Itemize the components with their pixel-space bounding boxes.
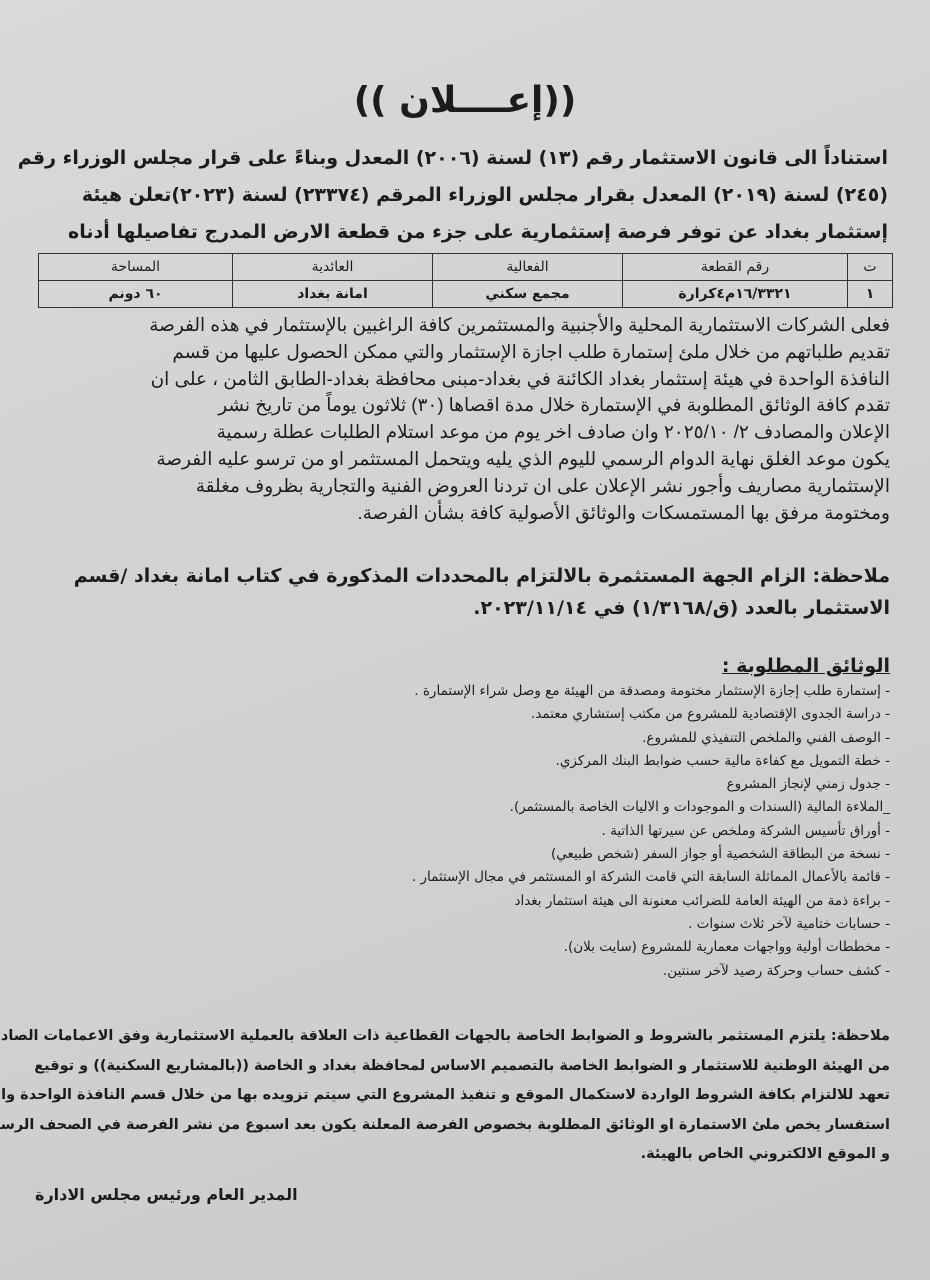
note-second: ملاحظة: يلتزم المستثمر بالشروط و الضوابط… xyxy=(20,1022,890,1170)
body-line: تقديم طلباتهم من خلال ملئ إستمارة طلب اج… xyxy=(35,339,890,366)
table-row: ١ ١٦/٣٣٢١م٤كرارة مجمع سكني امانة بغداد ٦… xyxy=(39,281,893,308)
required-docs-heading: الوثائق المطلوبة : xyxy=(722,655,890,677)
intro-line: (٢٤٥) لسنة (٢٠١٩) المعدل بقرار مجلس الوز… xyxy=(28,177,888,214)
list-item: _الملاءة المالية (السندات و الموجودات و … xyxy=(190,796,890,819)
body-line: يكون موعد الغلق نهاية الدوام الرسمي لليو… xyxy=(35,446,890,473)
table-header-row: ت رقم القطعة الفعالية العائدية المساحة xyxy=(39,254,893,281)
list-item: - إستمارة طلب إجازة الإستثمار مختومة ومص… xyxy=(190,680,890,703)
body-line: تقدم كافة الوثائق المطلوبة في الإستمارة … xyxy=(35,392,890,419)
intro-paragraph: استناداً الى قانون الاستثمار رقم (١٣) لس… xyxy=(28,140,888,251)
signature-block: المدير العام ورئيس مجلس الادارة xyxy=(35,1185,298,1204)
body-line: ومختومة مرفق بها المستمسكات والوثائق الأ… xyxy=(35,500,890,527)
intro-line: استناداً الى قانون الاستثمار رقم (١٣) لس… xyxy=(28,140,888,177)
cell-parcel-number: ١٦/٣٣٢١م٤كرارة xyxy=(623,281,848,308)
list-item: - قائمة بالأعمال المماثلة السابقة التي ق… xyxy=(190,866,890,889)
body-line: الإستثمارية مصاريف وأجور نشر الإعلان على… xyxy=(35,473,890,500)
parcel-table: ت رقم القطعة الفعالية العائدية المساحة ١… xyxy=(38,253,893,308)
header-area: المساحة xyxy=(39,254,233,281)
note-line: من الهيئة الوطنية للاستثمار و الضوابط ال… xyxy=(20,1052,890,1082)
header-activity: الفعالية xyxy=(433,254,623,281)
list-item: - دراسة الجدوى الإقتصادية للمشروع من مكت… xyxy=(190,703,890,726)
cell-index: ١ xyxy=(848,281,893,308)
note-first: ملاحظة: الزام الجهة المستثمرة بالالتزام … xyxy=(30,560,890,624)
announcement-page: ((إعــــلان )) استناداً الى قانون الاستث… xyxy=(0,0,930,1280)
list-item: - مخططات أولية وواجهات معمارية للمشروع (… xyxy=(190,936,890,959)
note-line: ملاحظة: يلتزم المستثمر بالشروط و الضوابط… xyxy=(20,1022,890,1052)
body-line: الإعلان والمصادف ٢/ ٢٠٢٥/١٠ وان صادف اخر… xyxy=(35,419,890,446)
note-line: استفسار يخص ملئ الاستمارة او الوثائق الم… xyxy=(20,1111,890,1141)
header-parcel-number: رقم القطعة xyxy=(623,254,848,281)
list-item: - حسابات ختامية لآخر ثلاث سنوات . xyxy=(190,913,890,936)
list-item: - كشف حساب وحركة رصيد لآخر سنتين. xyxy=(190,960,890,983)
header-ownership: العائدية xyxy=(233,254,433,281)
body-line: النافذة الواحدة في هيئة إستثمار بغداد ال… xyxy=(35,366,890,393)
announcement-title: ((إعــــلان )) xyxy=(0,80,930,121)
note-line: تعهد للالتزام بكافة الشروط الواردة لاستك… xyxy=(20,1081,890,1111)
list-item: - خطة التمويل مع كفاءة مالية حسب ضوابط ا… xyxy=(190,750,890,773)
required-docs-list: - إستمارة طلب إجازة الإستثمار مختومة ومص… xyxy=(190,680,890,983)
note-line: الاستثمار بالعدد (ق/١/٣١٦٨) في ٢٠٢٣/١١/١… xyxy=(30,592,890,624)
cell-ownership: امانة بغداد xyxy=(233,281,433,308)
body-line: فعلى الشركات الاستثمارية المحلية والأجنب… xyxy=(35,312,890,339)
intro-line: إستثمار بغداد عن توفر فرصة إستثمارية على… xyxy=(28,214,888,251)
list-item: - أوراق تأسيس الشركة وملخص عن سيرتها الذ… xyxy=(190,820,890,843)
list-item: - براءة ذمة من الهيئة العامة للضرائب معن… xyxy=(190,890,890,913)
note-line: ملاحظة: الزام الجهة المستثمرة بالالتزام … xyxy=(30,560,890,592)
list-item: - الوصف الفني والملخص التنفيذي للمشروع. xyxy=(190,727,890,750)
list-item: - نسخة من البطاقة الشخصية أو جواز السفر … xyxy=(190,843,890,866)
header-index: ت xyxy=(848,254,893,281)
body-paragraph: فعلى الشركات الاستثمارية المحلية والأجنب… xyxy=(35,312,890,526)
list-item: - جدول زمني لإنجاز المشروع xyxy=(190,773,890,796)
note-line: و الموقع الالكتروني الخاص بالهيئة. xyxy=(20,1140,890,1170)
cell-activity: مجمع سكني xyxy=(433,281,623,308)
cell-area: ٦٠ دونم xyxy=(39,281,233,308)
